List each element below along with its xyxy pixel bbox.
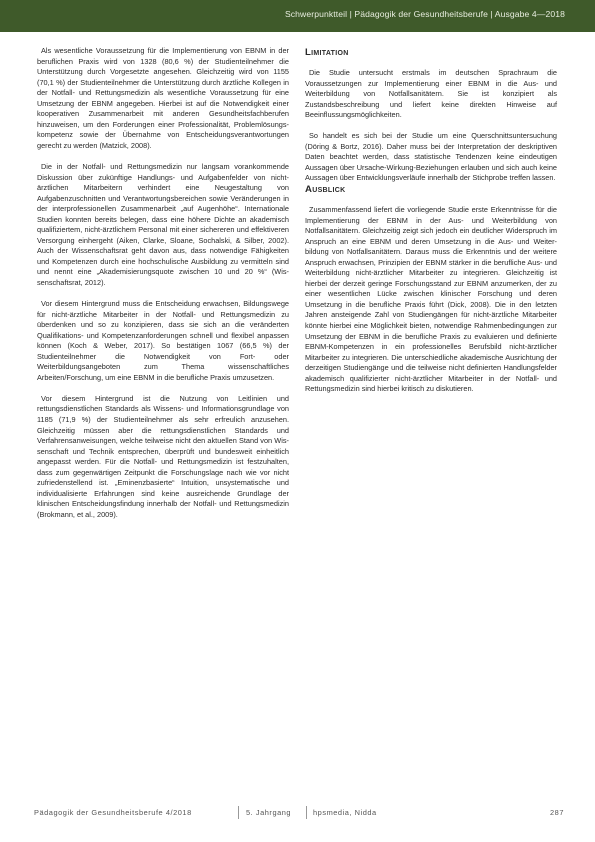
section-heading-ausblick: Ausblick xyxy=(305,184,557,196)
footer-publisher: hpsmedia, Nidda xyxy=(313,808,377,817)
section-ausblick: Ausblick Zusammenfassend liefert die vor… xyxy=(305,184,557,395)
section-heading-limitation: Limitation xyxy=(305,47,557,59)
right-text-column: Limitation Die Studie untersucht erstmal… xyxy=(305,46,557,395)
section-limitation: Limitation Die Studie untersucht erstmal… xyxy=(305,47,557,184)
footer-divider xyxy=(306,806,307,819)
page-number: 287 xyxy=(550,808,564,817)
body-paragraph: Vor diesem Hintergrund ist die Nutzung v… xyxy=(37,394,289,521)
footer-journal-title: Pädagogik der Gesundheitsberufe 4/2018 xyxy=(34,808,192,817)
running-header-bar: Schwerpunktteil | Pädagogik der Gesundhe… xyxy=(0,0,595,32)
running-header-title: Schwerpunktteil | Pädagogik der Gesundhe… xyxy=(285,9,565,19)
left-text-column: Als wesentliche Voraussetzung für die Im… xyxy=(37,46,289,520)
body-paragraph: Die Studie untersucht erstmals im deutsc… xyxy=(305,68,557,121)
footer-divider xyxy=(238,806,239,819)
body-paragraph: So handelt es sich bei der Studie um ein… xyxy=(305,131,557,184)
page-footer: Pädagogik der Gesundheitsberufe 4/2018 5… xyxy=(34,808,564,822)
footer-volume: 5. Jahrgang xyxy=(246,808,291,817)
body-paragraph: Zusammenfassend liefert die vorliegende … xyxy=(305,205,557,395)
body-paragraph: Als wesentliche Voraussetzung für die Im… xyxy=(37,46,289,151)
body-paragraph: Vor diesem Hintergrund muss die Entschei… xyxy=(37,299,289,383)
body-paragraph: Die in der Notfall- und Rettungsmedizin … xyxy=(37,162,289,289)
